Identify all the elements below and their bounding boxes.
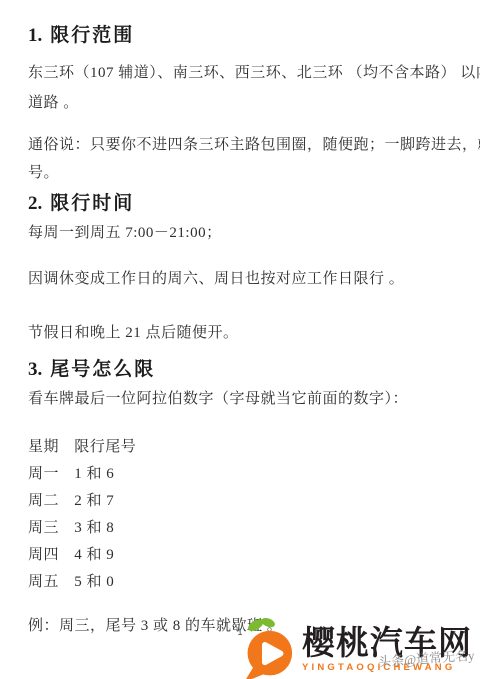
day-cell: 周三: [28, 519, 70, 537]
tail-numbers-cell: 5 和 0: [74, 573, 114, 591]
table-header-row: 星期 限行尾号: [28, 438, 452, 456]
section-2-heading: 2.限行时间: [28, 192, 452, 216]
section-2-paragraph-holiday: 节假日和晚上 21 点后随便开。: [28, 324, 452, 342]
section-1-number: 1.: [28, 25, 42, 46]
section-2-paragraph-workday-swap: 因调休变成工作日的周六、周日也按对应工作日限行 。: [28, 270, 452, 288]
document-page: 1.限行范围 东三环（107 辅道）、南三环、西三环、北三环 （均不含本路） 以…: [0, 0, 480, 679]
cherry-play-icon: [240, 616, 298, 679]
text-line: 东三环（107 辅道）、南三环、西三环、北三环 （均不含本路） 以内所有: [28, 64, 452, 82]
section-2-paragraph-hours: 每周一到周五 7:00－21:00；: [28, 224, 452, 242]
section-3-paragraph-rule: 看车牌最后一位阿拉伯数字（字母就当它前面的数字）：: [28, 390, 452, 408]
text-line: 因调休变成工作日的周六、周日也按对应工作日限行 。: [28, 270, 452, 288]
tail-numbers-cell: 4 和 9: [74, 546, 114, 564]
column-header-day: 星期: [28, 438, 70, 456]
section-2-number: 2.: [28, 193, 42, 214]
section-2-title: 限行时间: [50, 193, 134, 214]
day-cell: 周四: [28, 546, 70, 564]
section-1-paragraph-scope: 东三环（107 辅道）、南三环、西三环、北三环 （均不含本路） 以内所有 道路 …: [28, 64, 452, 112]
text-line: 道路 。: [28, 94, 452, 112]
text-line: 号。: [28, 164, 452, 182]
day-cell: 周一: [28, 465, 70, 483]
table-row: 周五 5 和 0: [28, 573, 452, 591]
tail-numbers-cell: 2 和 7: [74, 492, 114, 510]
section-3-number: 3.: [28, 359, 42, 380]
table-row: 周三 3 和 8: [28, 519, 452, 537]
text-line: 看车牌最后一位阿拉伯数字（字母就当它前面的数字）：: [28, 390, 452, 408]
section-3-heading: 3.尾号怎么限: [28, 358, 452, 382]
section-1-heading: 1.限行范围: [28, 24, 452, 48]
day-cell: 周二: [28, 492, 70, 510]
section-1-paragraph-plain: 通俗说：只要你不进四条三环主路包围圈，随便跑；一脚跨进去，就要对尾 号。: [28, 136, 452, 182]
table-row: 周一 1 和 6: [28, 465, 452, 483]
text-line: 每周一到周五 7:00－21:00；: [28, 224, 452, 242]
section-1-title: 限行范围: [50, 25, 134, 46]
tail-numbers-cell: 3 和 8: [74, 519, 114, 537]
restriction-table: 星期 限行尾号 周一 1 和 6 周二 2 和 7 周三 3 和 8 周四 4 …: [28, 438, 452, 591]
tail-numbers-cell: 1 和 6: [74, 465, 114, 483]
section-3-title: 尾号怎么限: [50, 359, 155, 380]
table-row: 周四 4 和 9: [28, 546, 452, 564]
text-line: 节假日和晚上 21 点后随便开。: [28, 324, 452, 342]
table-row: 周二 2 和 7: [28, 492, 452, 510]
day-cell: 周五: [28, 573, 70, 591]
text-line: 通俗说：只要你不进四条三环主路包围圈，随便跑；一脚跨进去，就要对尾: [28, 136, 452, 154]
column-header-numbers: 限行尾号: [74, 438, 136, 456]
